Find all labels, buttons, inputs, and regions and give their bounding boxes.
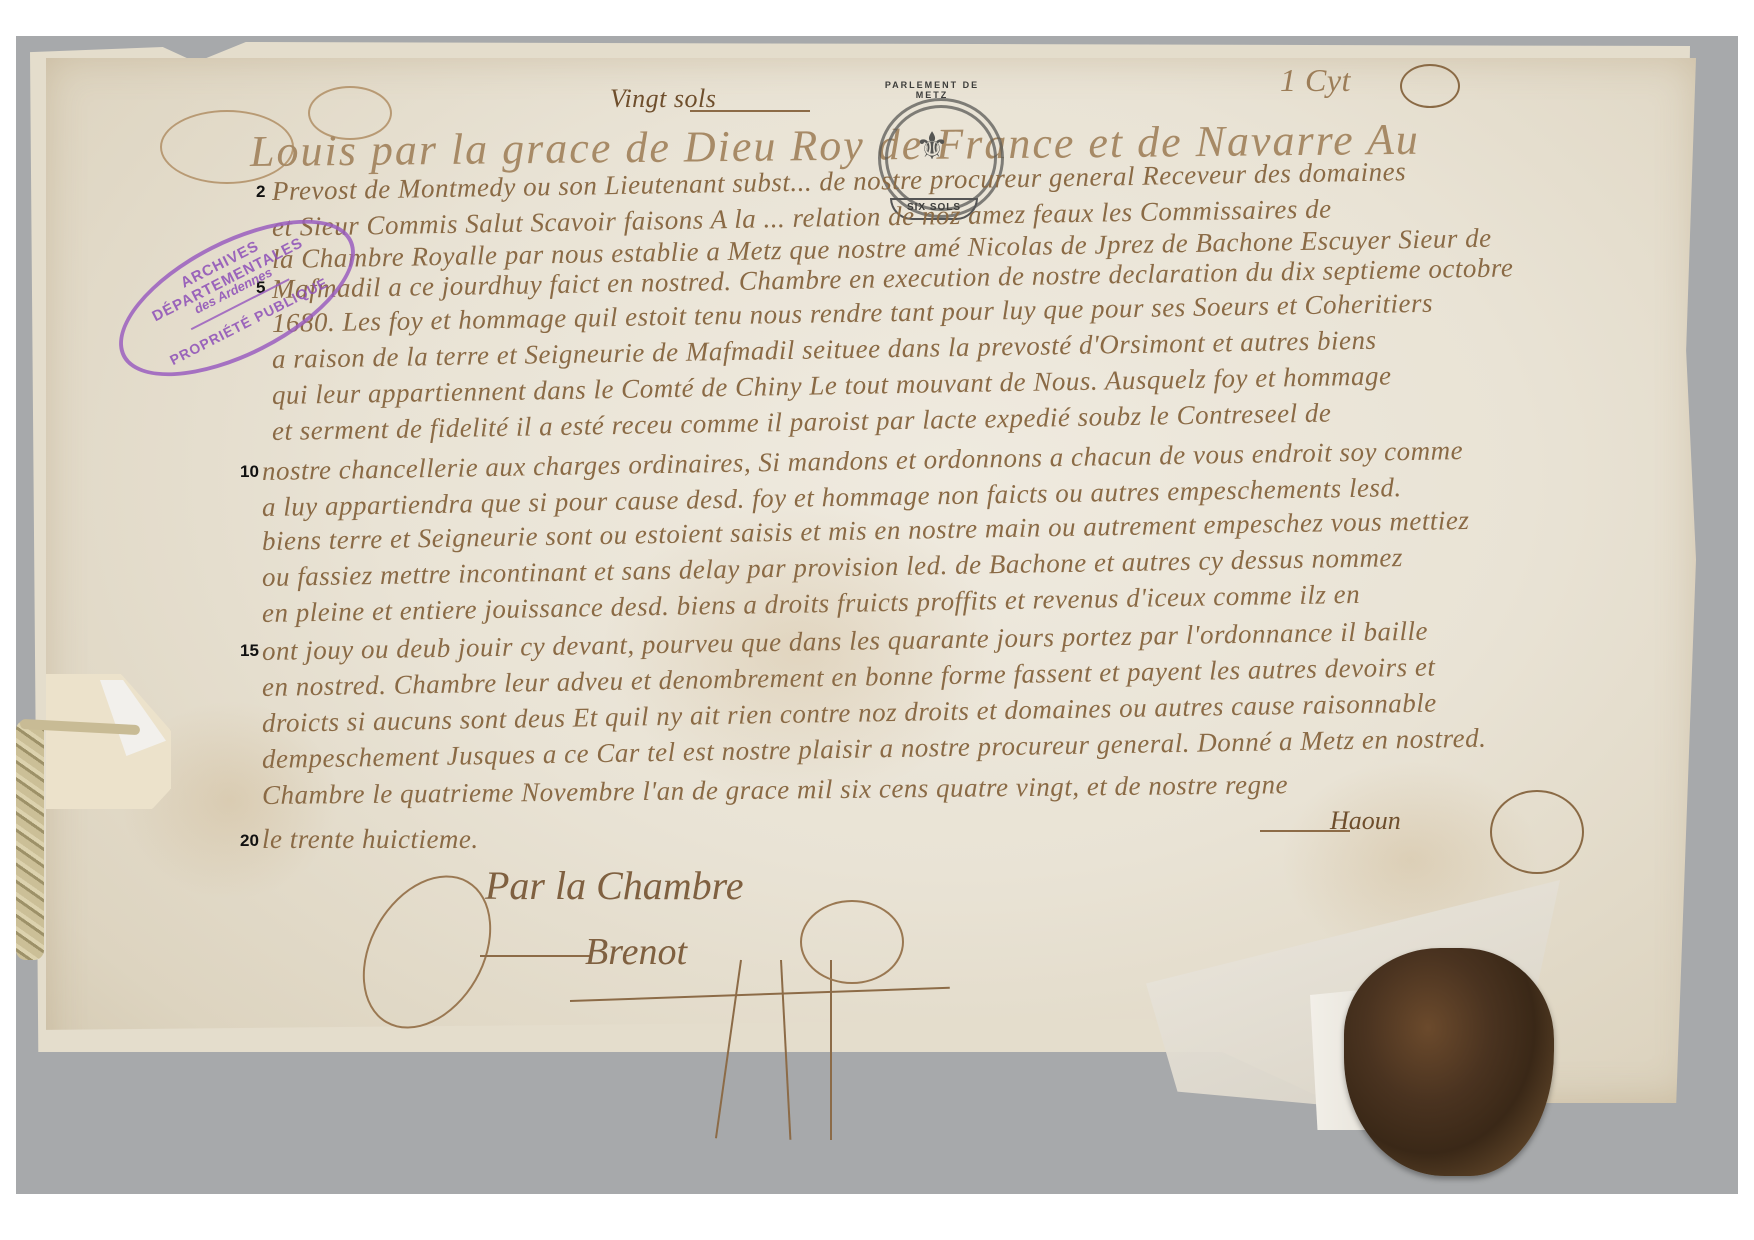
stamp-legend: PARLEMENT DE METZ (872, 80, 992, 100)
silk-cord (16, 720, 44, 960)
fee-strike (690, 110, 810, 112)
signature-clerk: Brenot (585, 930, 687, 974)
corner-flourish (1400, 64, 1460, 108)
text-line-20: le trente huictieme. (262, 824, 479, 855)
signature-right-stroke (1260, 830, 1350, 832)
signature-flourish (800, 900, 904, 984)
fleur-de-lis-icon: ⚜ (872, 124, 992, 169)
signature-right-flourish (1490, 790, 1584, 874)
line-number-20: 20 (240, 831, 259, 851)
signature-par-la-chambre: Par la Chambre (485, 862, 744, 909)
line-number-2: 2 (256, 182, 265, 202)
signature-underline (480, 955, 590, 957)
line-number-15: 15 (240, 641, 259, 661)
corner-note: 1 Cyt (1280, 62, 1351, 99)
line-number-10: 10 (240, 462, 259, 482)
signature-stroke (830, 960, 832, 1140)
wax-seal (1344, 948, 1554, 1176)
